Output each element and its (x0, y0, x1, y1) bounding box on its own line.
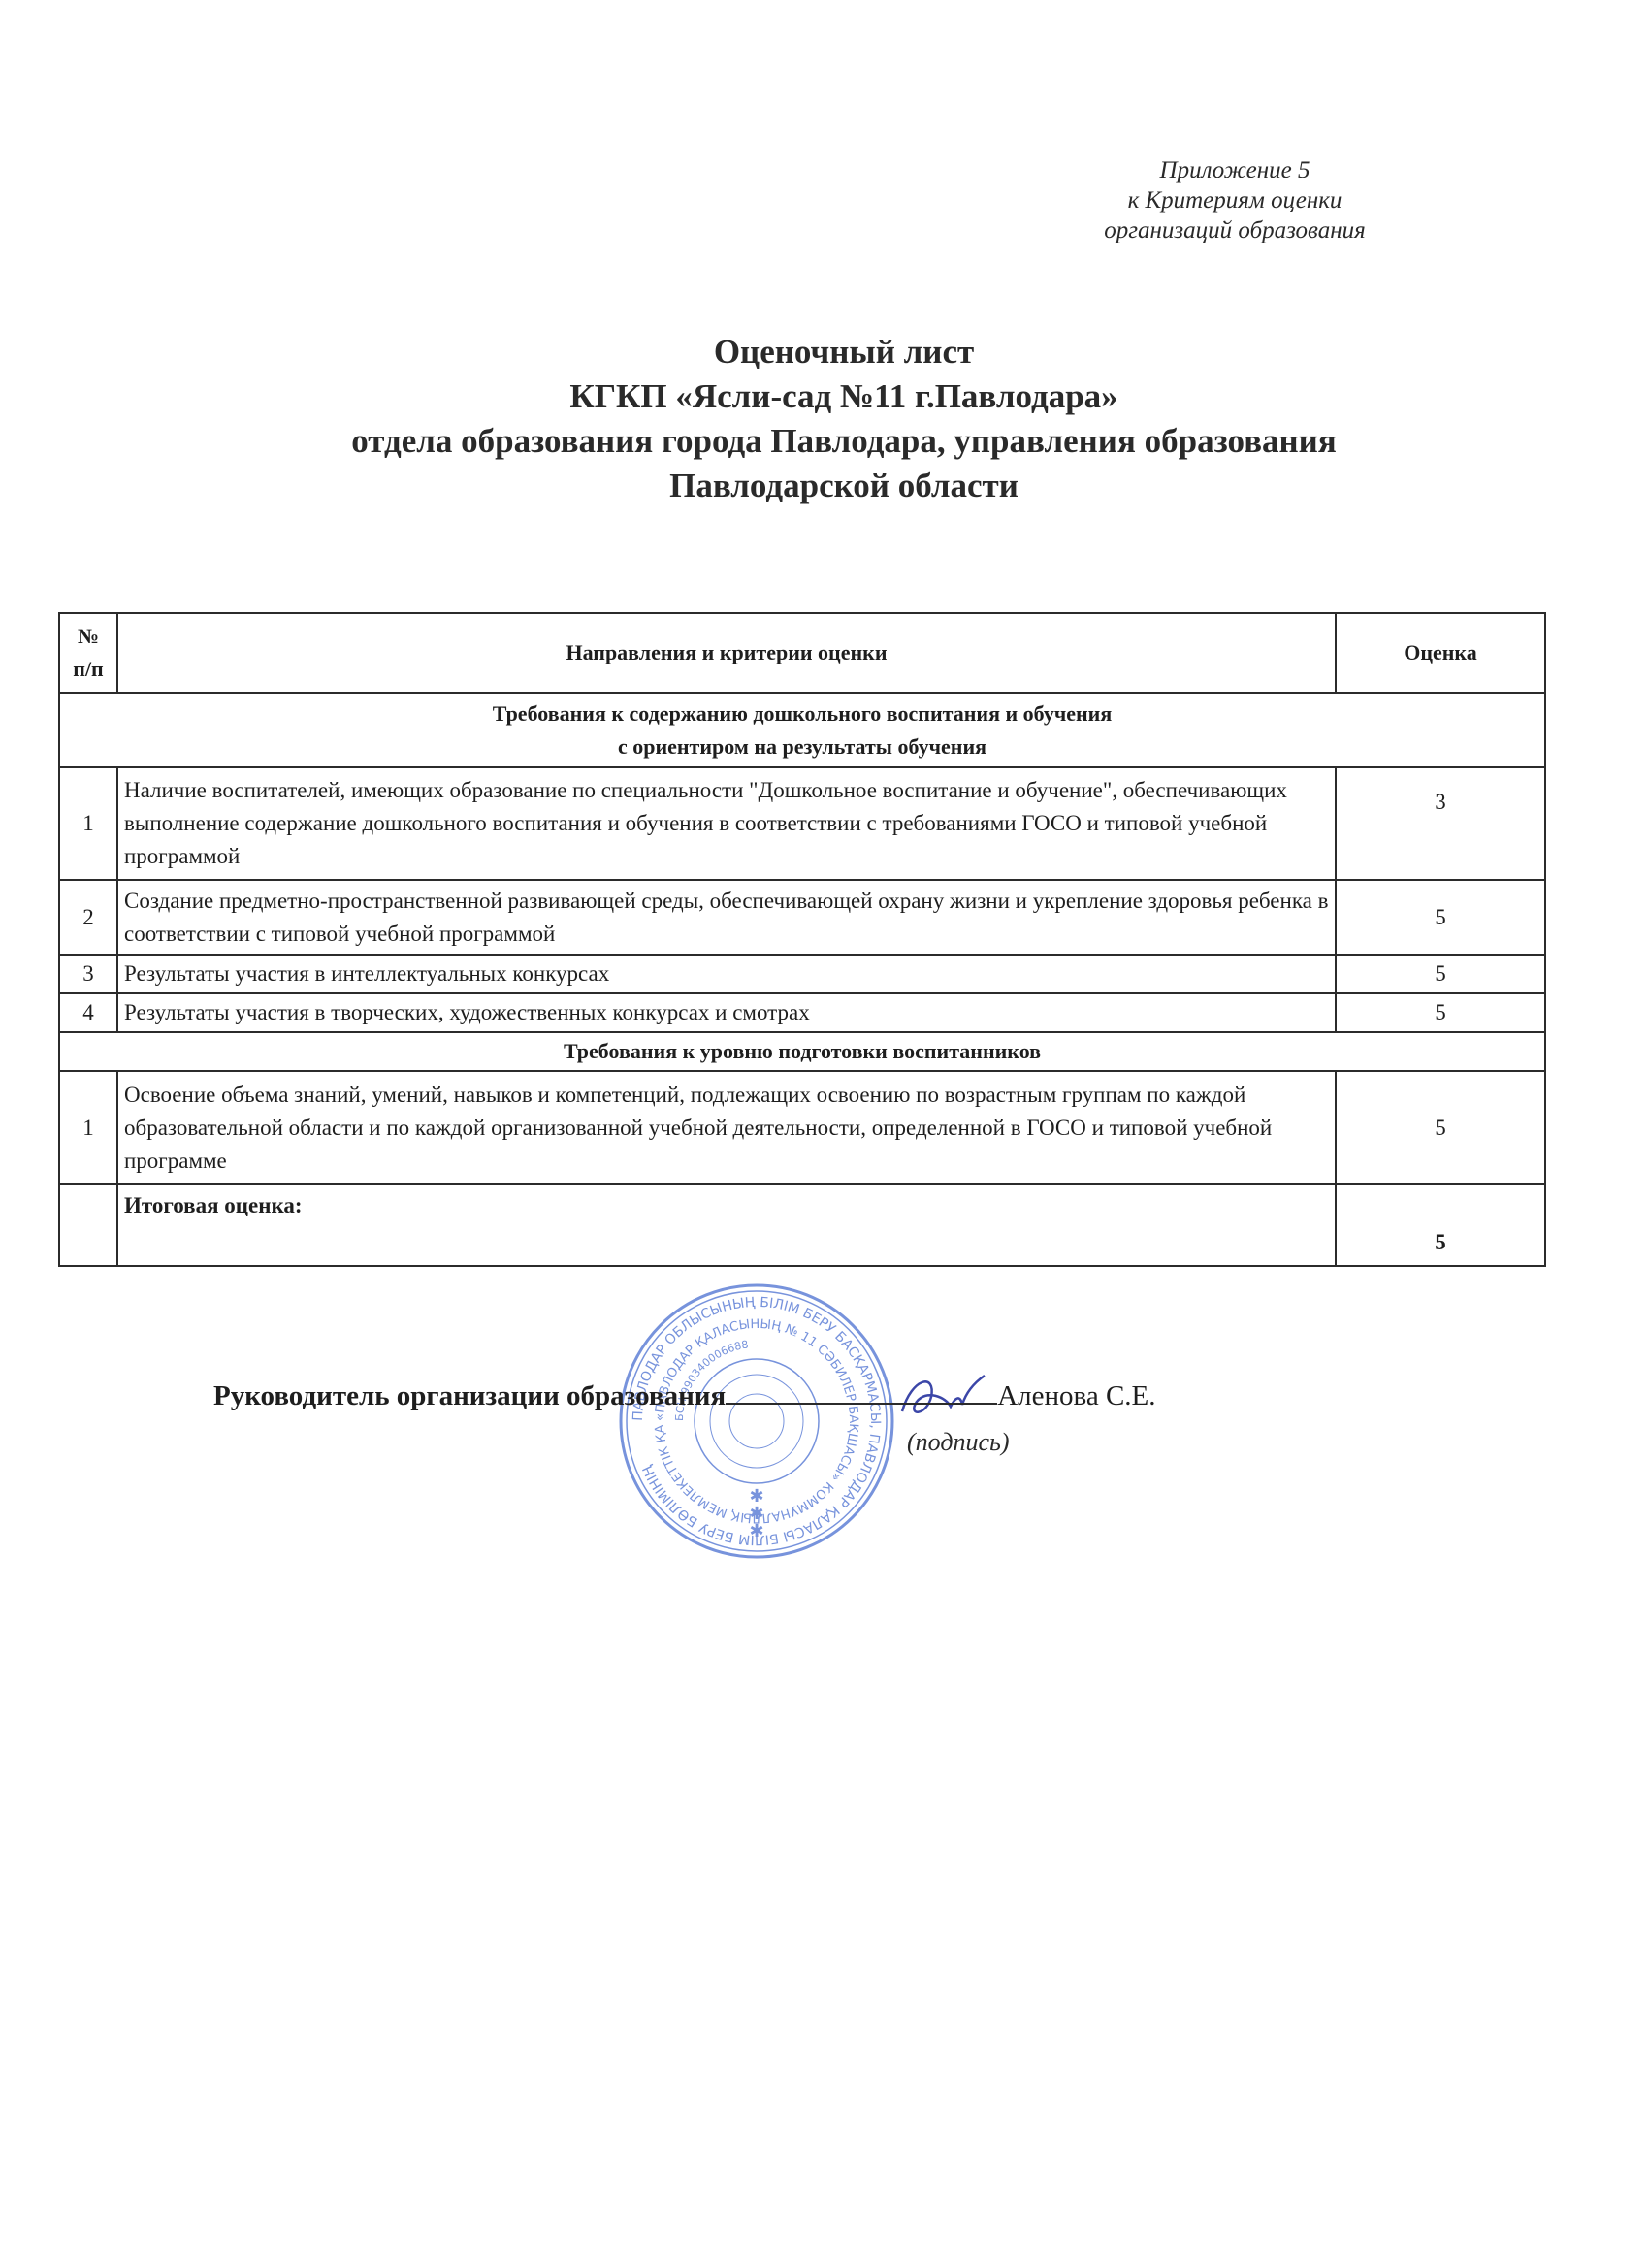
evaluation-table: №п/п Направления и критерии оценки Оценк… (58, 612, 1546, 1267)
total-label: Итоговая оценка: (117, 1184, 1336, 1266)
row-num: 2 (59, 880, 117, 955)
section-1-title-line-1: Требования к содержанию дошкольного восп… (66, 697, 1538, 730)
appendix-line-3: организаций образования (1075, 215, 1395, 245)
header-num: №п/п (59, 613, 117, 693)
table-row: 4 Результаты участия в творческих, худож… (59, 993, 1545, 1032)
row-criterion: Результаты участия в творческих, художес… (117, 993, 1336, 1032)
section-header: Требования к содержанию дошкольного восп… (59, 693, 1545, 767)
signatory-position: Руководитель организации образования (213, 1380, 726, 1411)
appendix-note: Приложение 5 к Критериям оценки организа… (1075, 155, 1395, 245)
svg-text:✱: ✱ (749, 1521, 763, 1541)
row-criterion: Освоение объема знаний, умений, навыков … (117, 1071, 1336, 1184)
signature-block: Руководитель организации образованияАлен… (213, 1377, 1156, 1412)
row-criterion: Создание предметно-пространственной разв… (117, 880, 1336, 955)
row-num: 4 (59, 993, 117, 1032)
section-2-title: Требования к уровню подготовки воспитанн… (59, 1032, 1545, 1071)
table-row: 1 Наличие воспитателей, имеющих образова… (59, 767, 1545, 880)
row-score: 5 (1336, 1071, 1545, 1184)
official-stamp-icon: ПАВЛОДАР ОБЛЫСЫНЫҢ БІЛІМ БЕРУ БАСҚАРМАСЫ… (616, 1280, 897, 1562)
row-score: 5 (1336, 993, 1545, 1032)
section-1-title: Требования к содержанию дошкольного восп… (59, 693, 1545, 767)
title-line-3: отдела образования города Павлодара, упр… (0, 419, 1649, 464)
title-line-1: Оценочный лист (0, 330, 1649, 374)
row-num: 1 (59, 1071, 117, 1184)
appendix-line-1: Приложение 5 (1075, 155, 1395, 185)
table-row: 3 Результаты участия в интеллектуальных … (59, 955, 1545, 993)
row-num: 1 (59, 767, 117, 880)
title-line-4: Павлодарской области (0, 464, 1649, 508)
row-score: 5 (1336, 955, 1545, 993)
row-score: 3 (1336, 767, 1545, 880)
table-header-row: №п/п Направления и критерии оценки Оценк… (59, 613, 1545, 693)
signatory-name: Аленова С.Е. (997, 1380, 1155, 1411)
header-score: Оценка (1336, 613, 1545, 693)
row-num: 3 (59, 955, 117, 993)
total-row: Итоговая оценка: 5 (59, 1184, 1545, 1266)
table-row: 2 Создание предметно-пространственной ра… (59, 880, 1545, 955)
appendix-line-2: к Критериям оценки (1075, 185, 1395, 215)
section-1-title-line-2: с ориентиром на результаты обучения (66, 730, 1538, 763)
total-score: 5 (1336, 1184, 1545, 1266)
signature-underline (726, 1377, 997, 1405)
title-line-2: КГКП «Ясли-сад №11 г.Павлодара» (0, 374, 1649, 419)
row-criterion: Результаты участия в интеллектуальных ко… (117, 955, 1336, 993)
row-score: 5 (1336, 880, 1545, 955)
row-criterion: Наличие воспитателей, имеющих образовани… (117, 767, 1336, 880)
header-criteria: Направления и критерии оценки (117, 613, 1336, 693)
total-num-empty (59, 1184, 117, 1266)
section-header: Требования к уровню подготовки воспитанн… (59, 1032, 1545, 1071)
signature-caption: (подпись) (907, 1428, 1010, 1457)
table-row: 1 Освоение объема знаний, умений, навыко… (59, 1071, 1545, 1184)
document-title: Оценочный лист КГКП «Ясли-сад №11 г.Павл… (0, 330, 1649, 508)
